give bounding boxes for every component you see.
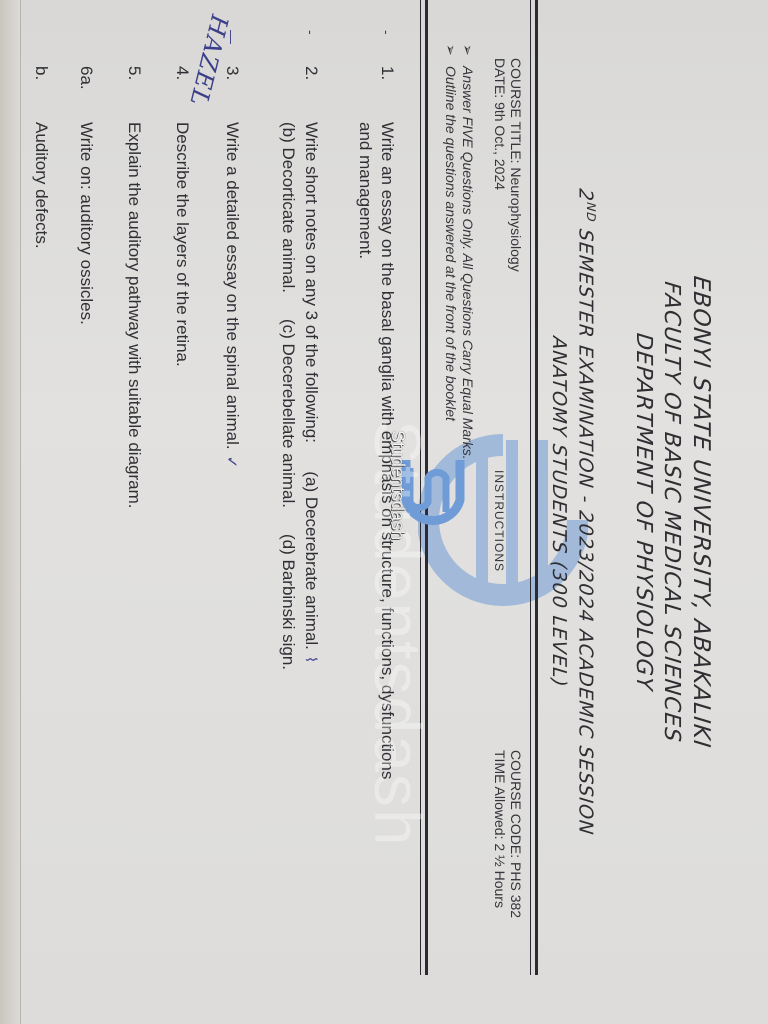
question-number: 6a. (75, 66, 97, 90)
question-text: Explain the auditory pathway with suitab… (123, 122, 145, 1002)
question-number: 3. (221, 66, 243, 80)
faculty-name: FACULTY OF BASIC MEDICAL SCIENCES (659, 0, 684, 1024)
divider-top (530, 0, 538, 975)
question-text: Auditory defects. (30, 122, 52, 1002)
watermark-text-small: Studentsdash (387, 430, 408, 540)
question-text: Describe the layers of the retina. (171, 122, 193, 1002)
university-name: EBONYI STATE UNIVERSITY, ABAKALIKI (688, 0, 714, 1024)
semester-ordinal: 2 (575, 188, 597, 203)
option-c: (c) Decerebellate animal. (277, 319, 299, 508)
time-allowed: TIME Allowed: 2 ½ Hours (492, 750, 508, 918)
question-text: Write a detailed essay on the spinal ani… (220, 122, 243, 1002)
arrow-bullet-icon: ➢ (459, 44, 476, 66)
pen-tick-mark: - (300, 30, 322, 35)
pen-mark-icon: ⌇ (302, 656, 319, 663)
question-text: Write short notes on any 3 of the follow… (277, 122, 322, 1002)
meta-left: COURSE TITLE: Neurophysiology DATE: 9th … (492, 58, 524, 272)
department-name: DEPARTMENT OF PHYSIOLOGY (631, 0, 656, 1024)
instructions-title: INSTRUCTIONS (492, 470, 506, 572)
question-number: b. (30, 66, 52, 80)
pen-tick-mark: - (376, 30, 398, 35)
question-number: 2. (300, 66, 322, 80)
exam-title: 2ND SEMESTER EXAMINATION - 2023/2024 ACA… (575, 0, 598, 1024)
option-d: (d) Barbinski sign. (277, 534, 299, 670)
semester-superscript: ND (584, 202, 598, 224)
pen-tick-mark: — (221, 30, 243, 44)
course-code: COURSE CODE: PHS 382 (508, 750, 524, 918)
exam-paper: HAZEL EBONYI STATE UNIVERSITY, ABAKALIKI… (0, 0, 768, 1024)
question-number: 5. (123, 66, 145, 80)
question-number: 1. (376, 66, 398, 80)
course-title: COURSE TITLE: Neurophysiology (508, 58, 524, 272)
paper-edge (0, 0, 21, 1024)
students-line: ANATOMY STUDENTS (300 LEVEL) (548, 0, 570, 1024)
meta-right: COURSE CODE: PHS 382 TIME Allowed: 2 ½ H… (492, 750, 524, 918)
question-text: Write on: auditory ossicles. (75, 122, 97, 1002)
instruction-item: ➢Outline the questions answered at the f… (442, 44, 459, 421)
instruction-item: ➢Answer FIVE Questions Only. All Questio… (459, 44, 476, 460)
exam-line: SEMESTER EXAMINATION - 2023/2024 ACADEMI… (575, 228, 597, 836)
option-b: (b) Decorticate animal. (277, 122, 299, 293)
pen-check-icon: ✓ (223, 456, 240, 469)
question-number: 4. (171, 66, 193, 80)
arrow-bullet-icon: ➢ (442, 44, 459, 66)
option-a: (a) Decerebrate animal. (302, 471, 321, 650)
handwritten-name: HAZEL (184, 12, 234, 109)
exam-date: DATE: 9th Oct., 2024 (492, 58, 508, 272)
